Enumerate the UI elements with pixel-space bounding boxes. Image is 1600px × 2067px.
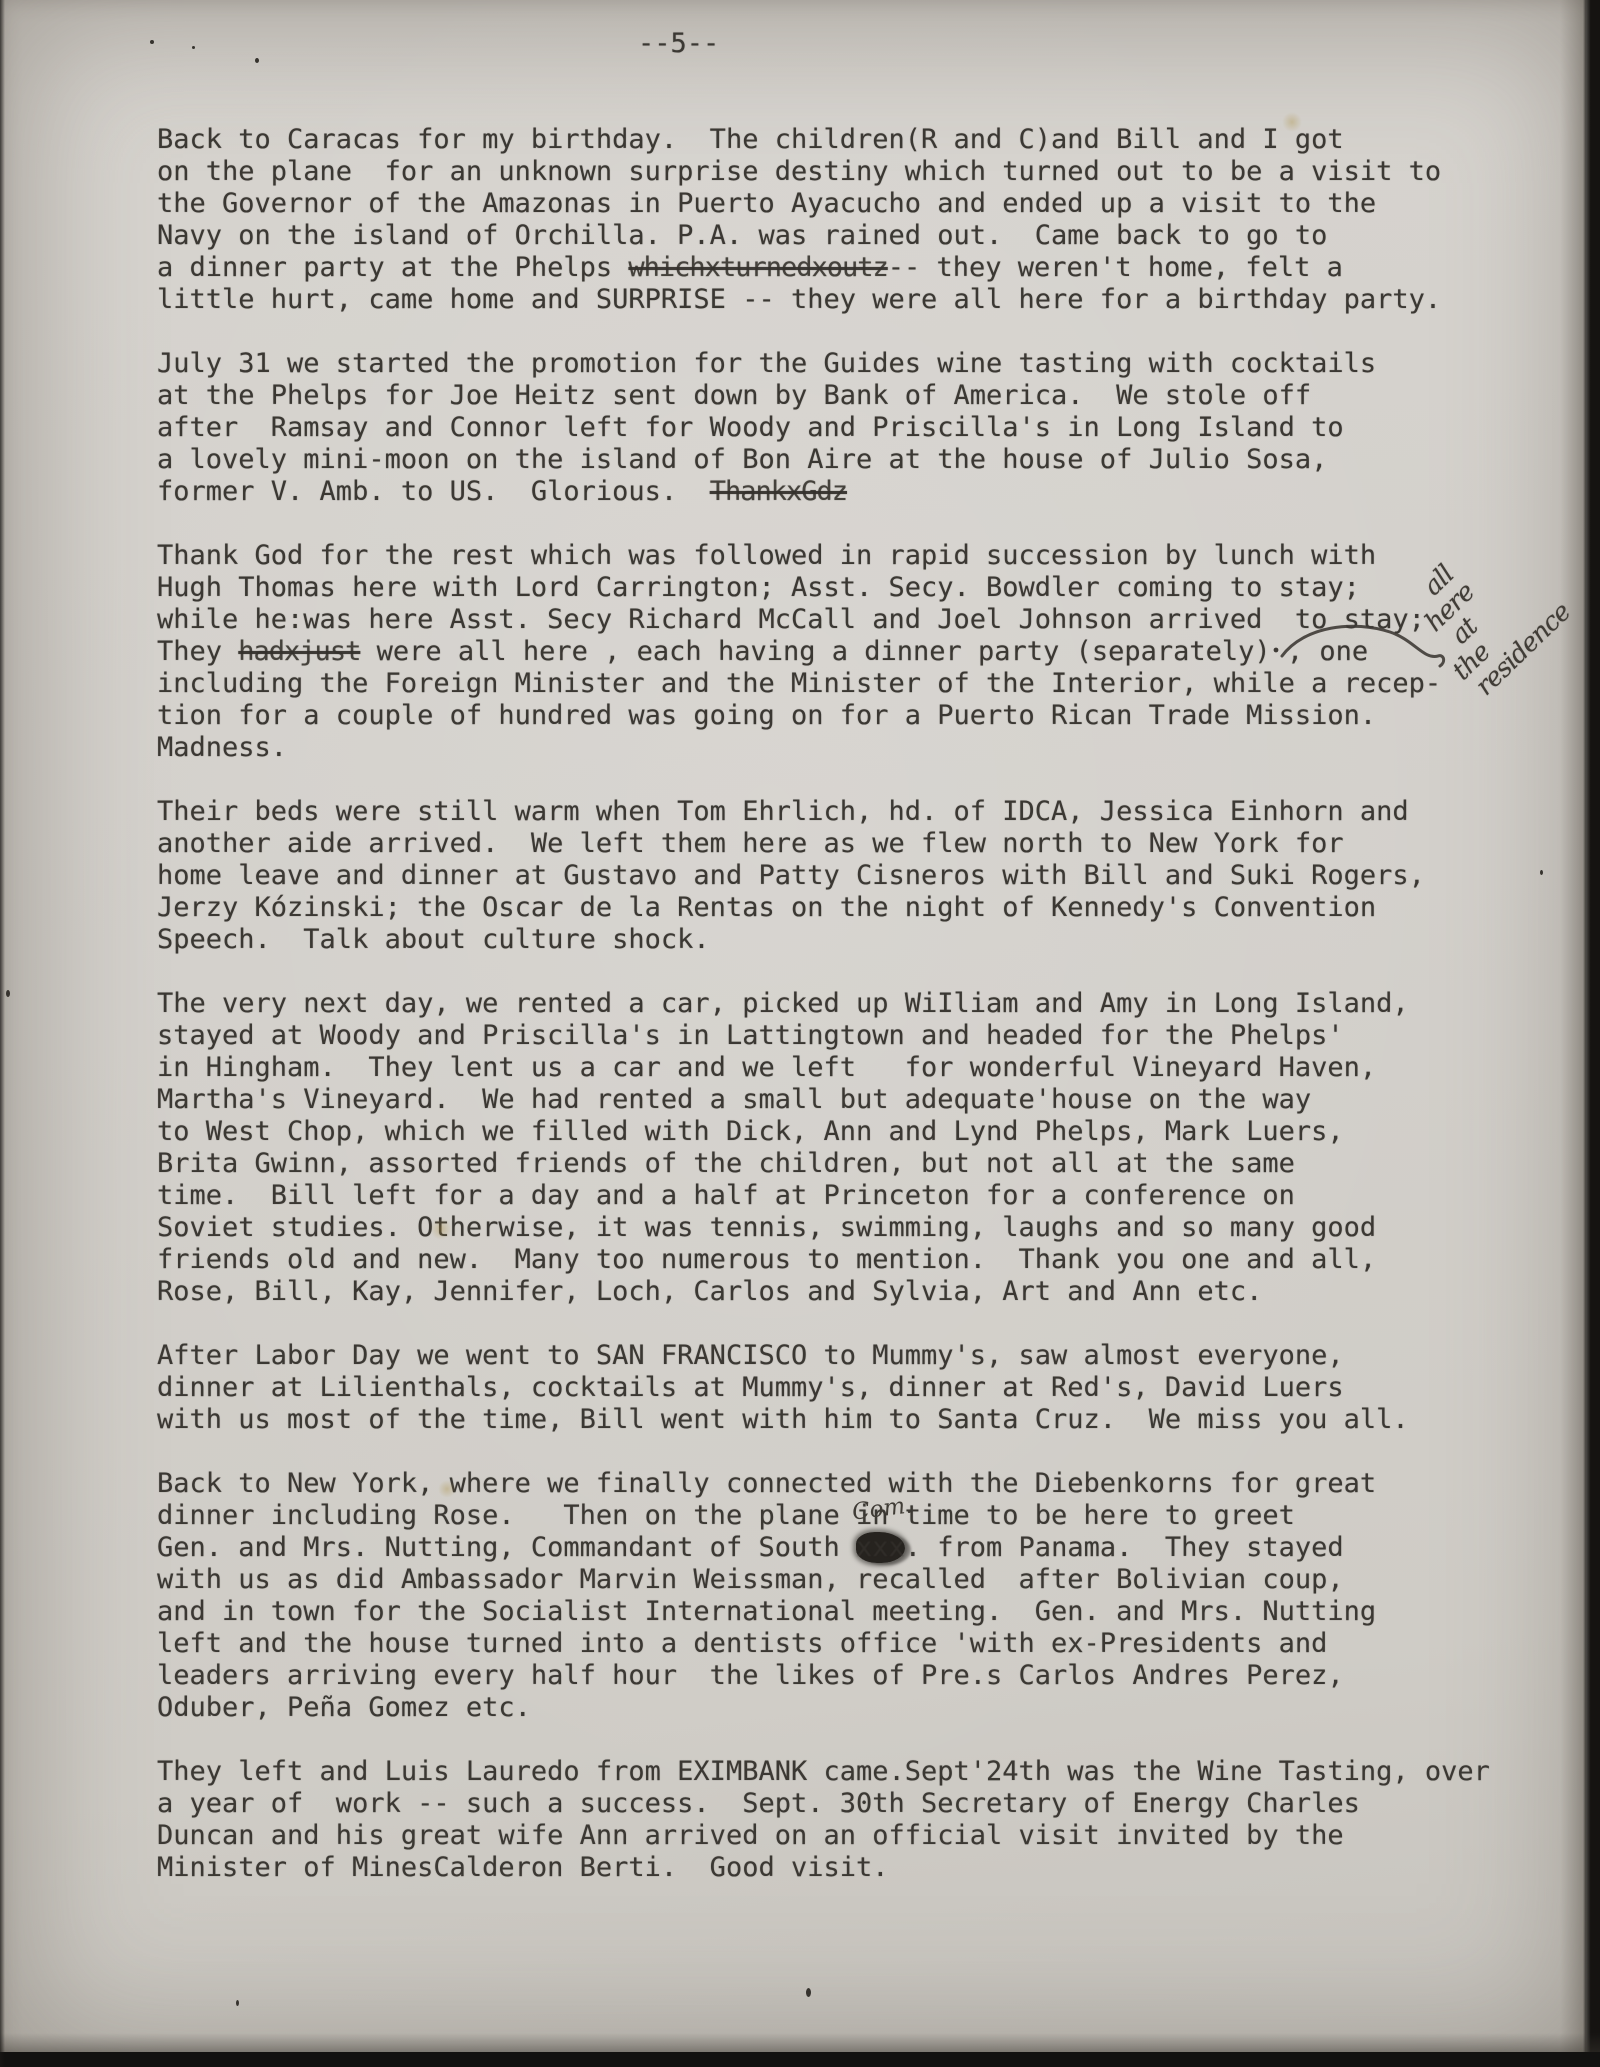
text-line: Gen. and Mrs. Nutting, Commandant of Sou… [157, 1532, 1557, 1564]
paper-stain [430, 1218, 452, 1240]
text-run: friends old and new. Many too numerous t… [157, 1244, 1376, 1275]
text-line: and in town for the Socialist Internatio… [157, 1596, 1557, 1628]
paper-speck [192, 46, 195, 49]
text-line: to West Chop, which we filled with Dick,… [157, 1116, 1557, 1148]
text-line: on the plane for an unknown surprise des… [157, 156, 1557, 188]
text-run: Oduber, Peña Gomez etc. [157, 1692, 531, 1723]
text-line: time. Bill left for a day and a half at … [157, 1180, 1557, 1212]
text-run: Rose, Bill, Kay, Jennifer, Loch, Carlos … [157, 1276, 1262, 1307]
text-run: They left and Luis Lauredo from EXIMBANK… [157, 1756, 1490, 1787]
paper-stain [1282, 112, 1302, 132]
text-run: . from Panama. They stayed [905, 1532, 1344, 1563]
text-line: left and the house turned into a dentist… [157, 1628, 1557, 1660]
text-line: Martha's Vineyard. We had rented a small… [157, 1084, 1557, 1116]
text-line: Oduber, Peña Gomez etc. [157, 1692, 1557, 1724]
text-run: little hurt, came home and SURPRISE -- t… [157, 284, 1441, 315]
paper-speck [236, 2000, 239, 2006]
paper-speck [806, 1988, 811, 1997]
paper-stain [438, 1480, 456, 1498]
text-run: stayed at Woody and Priscilla's in Latti… [157, 1020, 1344, 1051]
overstruck-text: whichxturnedxoutz [628, 252, 887, 283]
text-line: a dinner party at the Phelps whichxturne… [157, 252, 1557, 284]
text-run: Thank God for the rest which was followe… [157, 540, 1376, 571]
scan-edge-right [1583, 0, 1600, 2067]
text-line: Back to New York, where we finally conne… [157, 1468, 1557, 1500]
text-run: home leave and dinner at Gustavo and Pat… [157, 860, 1425, 891]
letter-body: Back to Caracas for my birthday. The chi… [157, 124, 1557, 1916]
text-line: Duncan and his great wife Ann arrived on… [157, 1820, 1557, 1852]
paragraph: Their beds were still warm when Tom Ehrl… [157, 796, 1557, 956]
text-run: former V. Amb. to US. Glorious. [157, 476, 710, 507]
paragraph: Back to Caracas for my birthday. The chi… [157, 124, 1557, 316]
text-line: former V. Amb. to US. Glorious. ThankxGd… [157, 476, 1557, 508]
paper-speck [150, 40, 154, 44]
text-line: Speech. Talk about culture shock. [157, 924, 1557, 956]
text-run: including the Foreign Minister and the M… [157, 668, 1441, 699]
text-line: with us most of the time, Bill went with… [157, 1404, 1557, 1436]
text-line: little hurt, came home and SURPRISE -- t… [157, 284, 1557, 316]
text-line: Rose, Bill, Kay, Jennifer, Loch, Carlos … [157, 1276, 1557, 1308]
text-run: Soviet studies. Otherwise, it was tennis… [157, 1212, 1376, 1243]
text-run: dinner at Lilienthals, cocktails at Mumm… [157, 1372, 1344, 1403]
text-line: July 31 we started the promotion for the… [157, 348, 1557, 380]
text-run: tion for a couple of hundred was going o… [157, 700, 1376, 731]
text-run: a lovely mini-moon on the island of Bon … [157, 444, 1327, 475]
text-run: another aide arrived. We left them here … [157, 828, 1344, 859]
text-line: leaders arriving every half hour the lik… [157, 1660, 1557, 1692]
scan-edge-left [0, 0, 5, 2067]
paragraph: They left and Luis Lauredo from EXIMBANK… [157, 1756, 1557, 1884]
scan-edge-bottom [0, 2052, 1600, 2067]
overstruck-text: hadxjust [238, 636, 360, 667]
text-run: while he:was here Asst. Secy Richard McC… [157, 604, 1425, 635]
text-run: The very next day, we rented a car, pick… [157, 988, 1409, 1019]
text-run: leaders arriving every half hour the lik… [157, 1660, 1344, 1691]
text-run: a dinner party at the Phelps [157, 252, 628, 283]
text-run: after Ramsay and Connor left for Woody a… [157, 412, 1344, 443]
text-line: the Governor of the Amazonas in Puerto A… [157, 188, 1557, 220]
text-line: They left and Luis Lauredo from EXIMBANK… [157, 1756, 1557, 1788]
text-run: left and the house turned into a dentist… [157, 1628, 1327, 1659]
text-line: dinner at Lilienthals, cocktails at Mumm… [157, 1372, 1557, 1404]
text-run: to West Chop, which we filled with Dick,… [157, 1116, 1344, 1147]
insertion-curve-mark [1268, 616, 1448, 678]
text-line: The very next day, we rented a car, pick… [157, 988, 1557, 1020]
text-run: at the Phelps for Joe Heitz sent down by… [157, 380, 1311, 411]
text-line: Navy on the island of Orchilla. P.A. was… [157, 220, 1557, 252]
text-run: on the plane for an unknown surprise des… [157, 156, 1441, 187]
text-run: Madness. [157, 732, 287, 763]
text-run: Gen. and Mrs. Nutting, Commandant of Sou… [157, 1532, 856, 1563]
text-line: at the Phelps for Joe Heitz sent down by… [157, 380, 1557, 412]
text-run: Their beds were still warm when Tom Ehrl… [157, 796, 1409, 827]
text-run: Martha's Vineyard. We had rented a small… [157, 1084, 1311, 1115]
paragraph: After Labor Day we went to SAN FRANCISCO… [157, 1340, 1557, 1436]
text-run: Brita Gwinn, assorted friends of the chi… [157, 1148, 1295, 1179]
text-run: After Labor Day we went to SAN FRANCISCO… [157, 1340, 1344, 1371]
text-run: and in town for the Socialist Internatio… [157, 1596, 1376, 1627]
text-run: Speech. Talk about culture shock. [157, 924, 710, 955]
text-line: stayed at Woody and Priscilla's in Latti… [157, 1020, 1557, 1052]
ink-blot: xxx [856, 1532, 905, 1563]
text-run: Duncan and his great wife Ann arrived on… [157, 1820, 1344, 1851]
paper-speck [1540, 870, 1543, 875]
text-line: after Ramsay and Connor left for Woody a… [157, 412, 1557, 444]
text-run: They [157, 636, 238, 667]
text-line: Their beds were still warm when Tom Ehrl… [157, 796, 1557, 828]
text-run: in Hingham. They lent us a car and we le… [157, 1052, 1376, 1083]
text-line: with us as did Ambassador Marvin Weissma… [157, 1564, 1557, 1596]
text-run: the Governor of the Amazonas in Puerto A… [157, 188, 1376, 219]
text-line: Soviet studies. Otherwise, it was tennis… [157, 1212, 1557, 1244]
text-run: with us as did Ambassador Marvin Weissma… [157, 1564, 1344, 1595]
text-run: Back to New York, where we finally conne… [157, 1468, 1376, 1499]
paragraph: July 31 we started the promotion for the… [157, 348, 1557, 508]
paper-speck [6, 990, 10, 997]
text-run: Navy on the island of Orchilla. P.A. was… [157, 220, 1327, 251]
paper-speck [255, 58, 259, 63]
text-line: tion for a couple of hundred was going o… [157, 700, 1557, 732]
text-run: July 31 we started the promotion for the… [157, 348, 1376, 379]
text-line: friends old and new. Many too numerous t… [157, 1244, 1557, 1276]
paragraph: The very next day, we rented a car, pick… [157, 988, 1557, 1308]
text-run: Back to Caracas for my birthday. The chi… [157, 124, 1344, 155]
text-run: time. Bill left for a day and a half at … [157, 1180, 1295, 1211]
text-line: a lovely mini-moon on the island of Bon … [157, 444, 1557, 476]
text-line: Brita Gwinn, assorted friends of the chi… [157, 1148, 1557, 1180]
text-run: Hugh Thomas here with Lord Carrington; A… [157, 572, 1360, 603]
text-run: -- they weren't home, felt a [888, 252, 1343, 283]
text-line: a year of work -- such a success. Sept. … [157, 1788, 1557, 1820]
text-line: home leave and dinner at Gustavo and Pat… [157, 860, 1557, 892]
text-run: a year of work -- such a success. Sept. … [157, 1788, 1360, 1819]
text-run: Minister of MinesCalderon Berti. Good vi… [157, 1852, 889, 1883]
text-run: dinner including Rose. Then on the plane… [157, 1500, 1295, 1531]
text-line: another aide arrived. We left them here … [157, 828, 1557, 860]
text-line: in Hingham. They lent us a car and we le… [157, 1052, 1557, 1084]
text-line: Jerzy Kózinski; the Oscar de la Rentas o… [157, 892, 1557, 924]
text-line: Minister of MinesCalderon Berti. Good vi… [157, 1852, 1557, 1884]
text-line: Thank God for the rest which was followe… [157, 540, 1557, 572]
text-run: Jerzy Kózinski; the Oscar de la Rentas o… [157, 892, 1376, 923]
text-line: Back to Caracas for my birthday. The chi… [157, 124, 1557, 156]
page-number: --5-- [638, 28, 719, 59]
document-page: --5-- Back to Caracas for my birthday. T… [0, 0, 1600, 2067]
text-run: were all here , each having a dinner par… [360, 636, 1368, 667]
text-run: with us most of the time, Bill went with… [157, 1404, 1409, 1435]
overstruck-text: ThankxGdz [710, 476, 847, 507]
text-line: Madness. [157, 732, 1557, 764]
text-line: After Labor Day we went to SAN FRANCISCO… [157, 1340, 1557, 1372]
text-line: Hugh Thomas here with Lord Carrington; A… [157, 572, 1557, 604]
